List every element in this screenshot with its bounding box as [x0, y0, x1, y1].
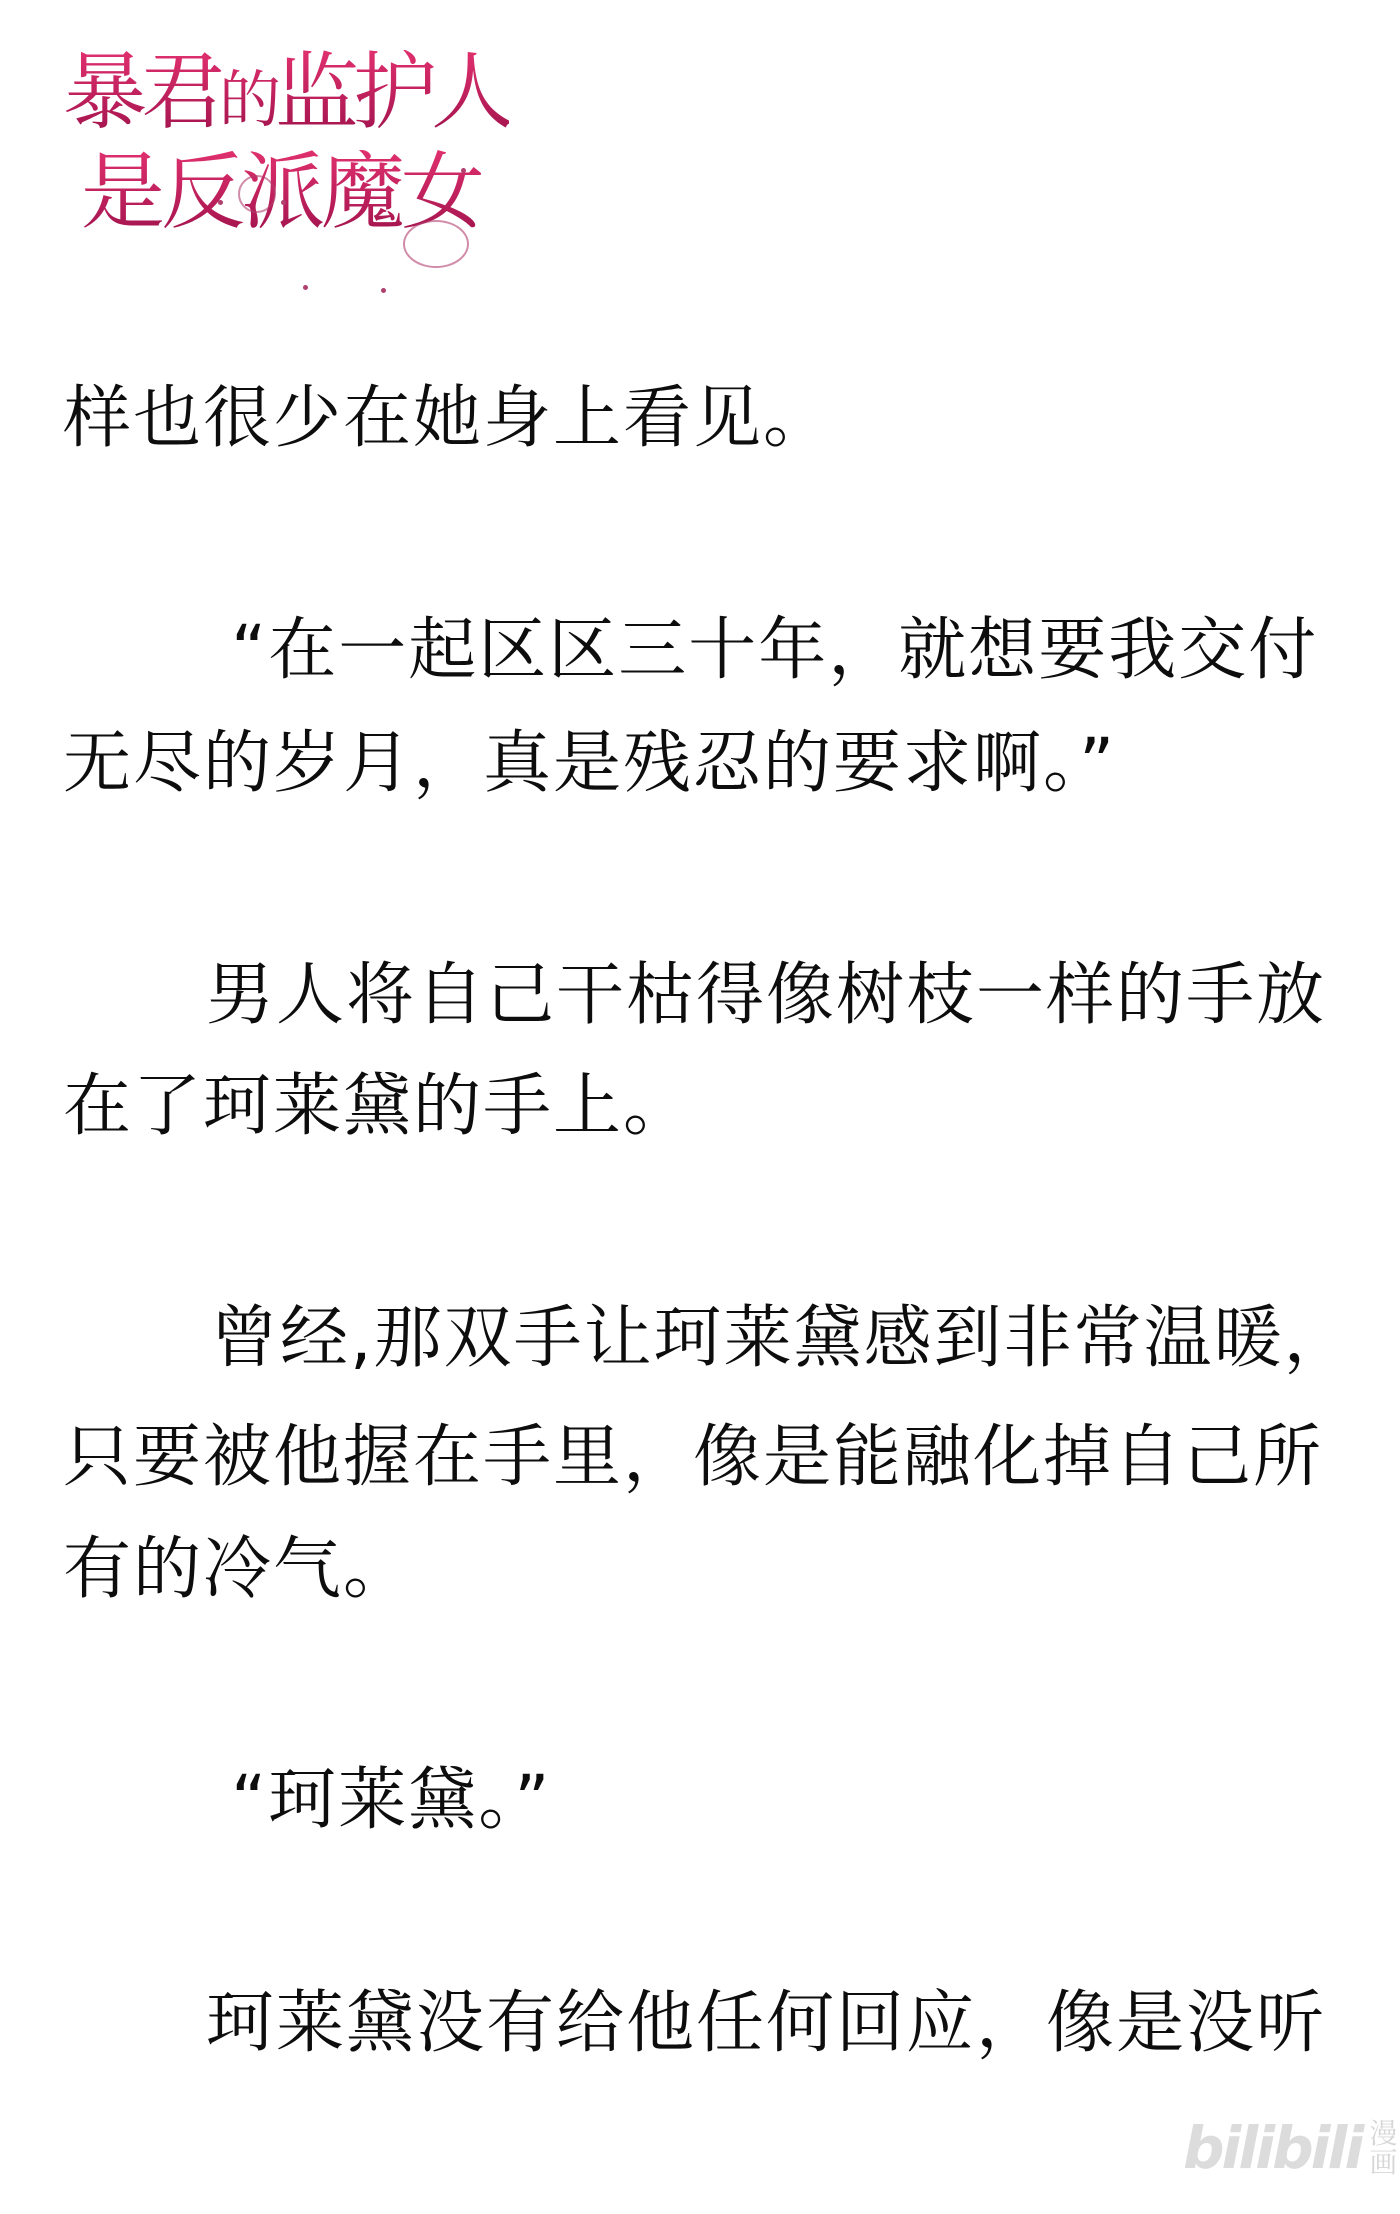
bilibili-logo-icon: bilibili: [1183, 2114, 1361, 2182]
text-line: 曾经,那双手让珂莱黛感到非常温暖，: [210, 1305, 1354, 1373]
title-line-1: 暴君的监护人: [63, 50, 509, 134]
decorative-dot-icon: [381, 288, 386, 293]
text-line: 只要被他握在手里，像是能融化掉自己所: [63, 1424, 1323, 1492]
text-line: 男人将自己干枯得像树枝一样的手放: [206, 962, 1326, 1030]
title-part: 暴君: [63, 43, 219, 141]
text-line: 在了珂莱黛的手上。: [63, 1073, 693, 1141]
decorative-dot-icon: [461, 168, 466, 173]
manga-label-bottom: 画: [1369, 2148, 1397, 2177]
title-part: 监护人: [275, 43, 509, 141]
decorative-dot-icon: [281, 200, 286, 205]
title-part: 的: [219, 63, 275, 136]
manga-label-top: 漫: [1369, 2119, 1397, 2148]
decorative-dot-icon: [218, 200, 223, 205]
decorative-swirl-icon: [238, 175, 276, 213]
text-line: 有的冷气。: [63, 1536, 413, 1604]
comic-title-logo: 暴君的监护人 是反派魔女: [63, 50, 483, 260]
bilibili-manga-watermark: bilibili 漫 画: [1183, 2112, 1397, 2184]
manga-label: 漫 画: [1369, 2119, 1397, 2178]
decorative-dot-icon: [303, 285, 308, 290]
text-line: “在一起区区三十年，就想要我交付: [231, 617, 1318, 685]
text-line: 珂莱黛没有给他任何回应，像是没听: [206, 1990, 1326, 2058]
text-line: 无尽的岁月，真是残忍的要求啊。”: [63, 730, 1116, 798]
decorative-swirl-icon: [403, 220, 469, 268]
text-line: 样也很少在她身上看见。: [63, 385, 833, 453]
text-line: “珂莱黛。”: [231, 1767, 551, 1835]
